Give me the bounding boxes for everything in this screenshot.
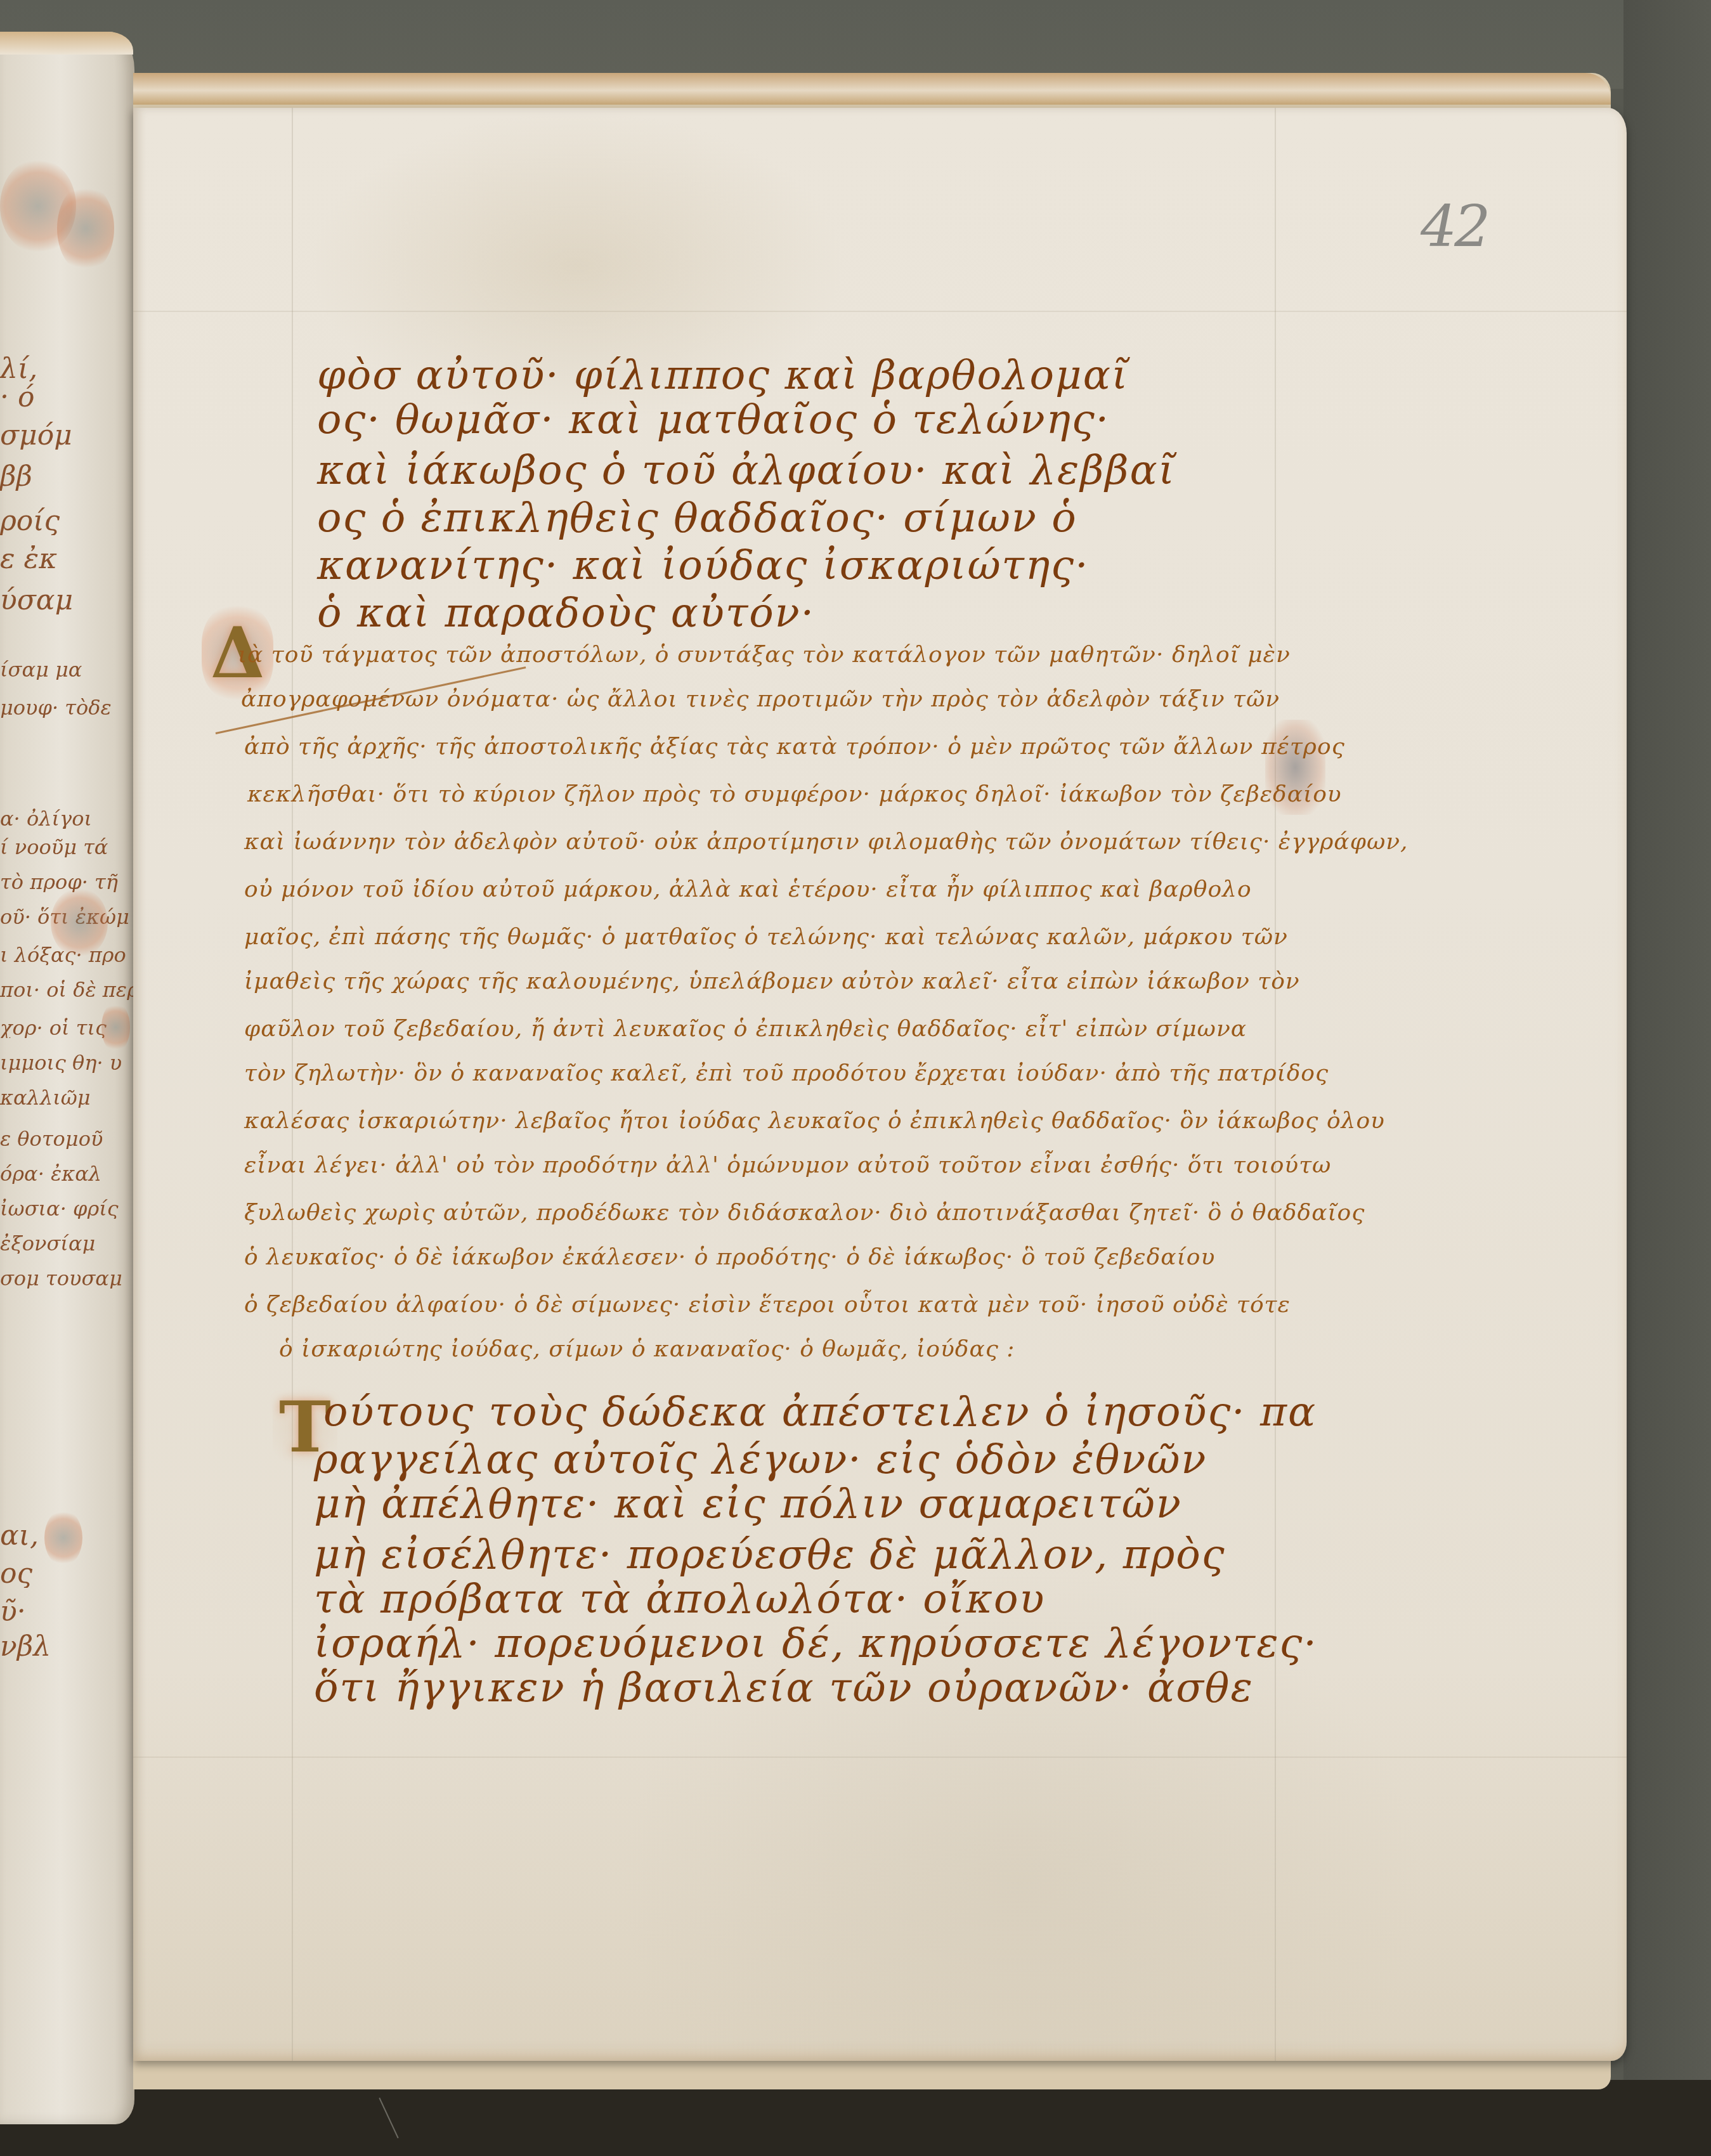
commentary-line: μαῖος, ἐπὶ πάσης τῆς θωμᾶς· ὁ ματθαῖος ὁ… bbox=[244, 926, 1288, 949]
left-page-line: λί, bbox=[0, 355, 133, 383]
commentary-line: ὁ λευκαῖος· ὁ δὲ ἰάκωβον ἐκάλεσεν· ὁ προ… bbox=[244, 1246, 1215, 1269]
margin-marker-mark bbox=[44, 1509, 82, 1566]
stain-mark bbox=[57, 184, 114, 273]
left-page-line: καλλιῶμ bbox=[0, 1088, 133, 1108]
commentary-line: ιὰ τοῦ τάγματος τῶν ἀποστόλων, ὁ συντάξα… bbox=[238, 644, 1291, 666]
commentary-line: καὶ ἰωάννην τὸν ἀδελφὸν αὐτοῦ· οὐκ ἀπροτ… bbox=[244, 831, 1408, 854]
commentary-line: ἀπὸ τῆς ἀρχῆς· τῆς ἀποστολικῆς ἀξίας τὰς… bbox=[244, 736, 1345, 758]
left-page-line: ἐξονσίαμ bbox=[0, 1233, 133, 1254]
commentary-line: ἰμαθεὶς τῆς χώρας τῆς καλουμένης, ὑπελάβ… bbox=[244, 970, 1300, 993]
background-right bbox=[1623, 0, 1711, 2156]
left-page-line: μουφ· τὸδε bbox=[0, 698, 133, 718]
margin-marker-mark bbox=[51, 888, 108, 958]
gospel-line: κανανίτης· καὶ ἰούδας ἰσκαριώτης· bbox=[317, 545, 1090, 586]
left-page-line: ροίς bbox=[0, 507, 133, 535]
commentary-line: ὁ ἰσκαριώτης ἰούδας, σίμων ὁ καναναῖος· … bbox=[279, 1338, 1015, 1361]
gospel-line: ἰσραήλ· πορευόμενοι δέ, κηρύσσετε λέγοντ… bbox=[314, 1623, 1318, 1664]
left-page-line: ε θοτομοῦ bbox=[0, 1129, 133, 1149]
gospel-line: φὸσ αὐτοῦ· φίλιππος καὶ βαρθολομαῖ bbox=[317, 355, 1129, 396]
left-page-line: ῦ· bbox=[0, 1598, 133, 1626]
gospel-line: μὴ ἀπέλθητε· καὶ εἰς πόλιν σαμαρειτῶν bbox=[314, 1484, 1182, 1524]
gospel-line: ος ὁ ἐπικληθεὶς θαδδαῖος· σίμων ὁ bbox=[317, 498, 1077, 538]
left-page-line: σμόμ bbox=[0, 422, 133, 450]
left-page-line: ίσαμ μα bbox=[0, 659, 133, 680]
left-page-line: ποι· οἱ δὲ περὶ bbox=[0, 980, 133, 1000]
background-bottom bbox=[0, 2080, 1711, 2156]
left-page-line: ββ bbox=[0, 463, 133, 491]
left-page-line: ἰωσια· φρίς bbox=[0, 1198, 133, 1219]
gospel-line: μὴ εἰσέλθητε· πορεύεσθε δὲ μᾶλλον, πρὸς bbox=[314, 1535, 1226, 1575]
left-page-line: · ό bbox=[0, 384, 133, 412]
left-page-line: όρα· ἐκαλ bbox=[0, 1164, 133, 1184]
margin-marker-mark bbox=[101, 1002, 130, 1053]
gospel-line: ραγγείλας αὐτοῖς λέγων· εἰς ὁδὸν ἐθνῶν bbox=[314, 1439, 1207, 1480]
gospel-line: ος· θωμᾶσ· καὶ ματθαῖος ὁ τελώνης· bbox=[317, 399, 1110, 440]
left-page-line: ε ἐκ bbox=[0, 545, 133, 573]
gospel-line: τὰ πρόβατα τὰ ἀπολωλότα· οἴκου bbox=[314, 1579, 1045, 1620]
commentary-line: καλέσας ἰσκαριώτην· λεβαῖος ἤτοι ἰούδας … bbox=[244, 1110, 1385, 1133]
left-page-line: ύσαμ bbox=[0, 587, 133, 614]
left-page-line: τὸ προφ· τῆ bbox=[0, 872, 133, 892]
left-page-line: σομ τουσαμ bbox=[0, 1268, 133, 1289]
left-page bbox=[0, 32, 134, 2124]
commentary-line: φαῦλον τοῦ ζεβεδαίου, ἤ ἀντὶ λευκαῖος ὁ … bbox=[244, 1018, 1247, 1041]
left-page-line: ιμμοις θη· υ bbox=[0, 1053, 133, 1073]
left-page-line: νβλ bbox=[0, 1633, 133, 1661]
gospel-line: καὶ ἰάκωβος ὁ τοῦ ἀλφαίου· καὶ λεββαῖ bbox=[317, 450, 1176, 491]
gospel-line: ούτους τοὺς δώδεκα ἀπέστειλεν ὁ ἰησοῦς· … bbox=[323, 1392, 1317, 1432]
left-page-top-edge bbox=[0, 32, 133, 55]
commentary-line: ξυλωθεὶς χωρὶς αὐτῶν, προδέδωκε τὸν διδά… bbox=[244, 1202, 1365, 1224]
gospel-line: ὅτι ἤγγικεν ἡ βασιλεία τῶν οὐρανῶν· ἀσθε bbox=[314, 1668, 1254, 1708]
left-page-line: α· ὀλίγοι bbox=[0, 808, 133, 829]
folio-number: 42 bbox=[1421, 193, 1488, 260]
commentary-line: ἀπογραφομένων ὀνόματα· ὡς ἄλλοι τινὲς πρ… bbox=[241, 688, 1280, 711]
page-stack-top-edge bbox=[133, 73, 1611, 105]
commentary-line: οὐ μόνον τοῦ ἰδίου αὐτοῦ μάρκου, ἀλλὰ κα… bbox=[244, 878, 1252, 901]
commentary-line: ὁ ζεβεδαίου ἀλφαίου· ὁ δὲ σίμωνες· εἰσὶν… bbox=[244, 1294, 1291, 1316]
commentary-line: εἶναι λέγει· ἀλλ' οὐ τὸν προδότην ἀλλ' ὁ… bbox=[244, 1154, 1331, 1177]
ruling-line bbox=[133, 1757, 1627, 1758]
commentary-line: τὸν ζηλωτὴν· ὃν ὁ καναναῖος καλεῖ, ἐπὶ τ… bbox=[244, 1062, 1329, 1085]
commentary-line: κεκλῆσθαι· ὅτι τὸ κύριον ζῆλον πρὸς τὸ σ… bbox=[247, 783, 1342, 806]
left-page-line: ί νοοῦμ τά bbox=[0, 837, 133, 857]
gospel-line: ὁ καὶ παραδοὺς αὐτόν· bbox=[317, 593, 815, 633]
ruling-line bbox=[133, 311, 1627, 312]
